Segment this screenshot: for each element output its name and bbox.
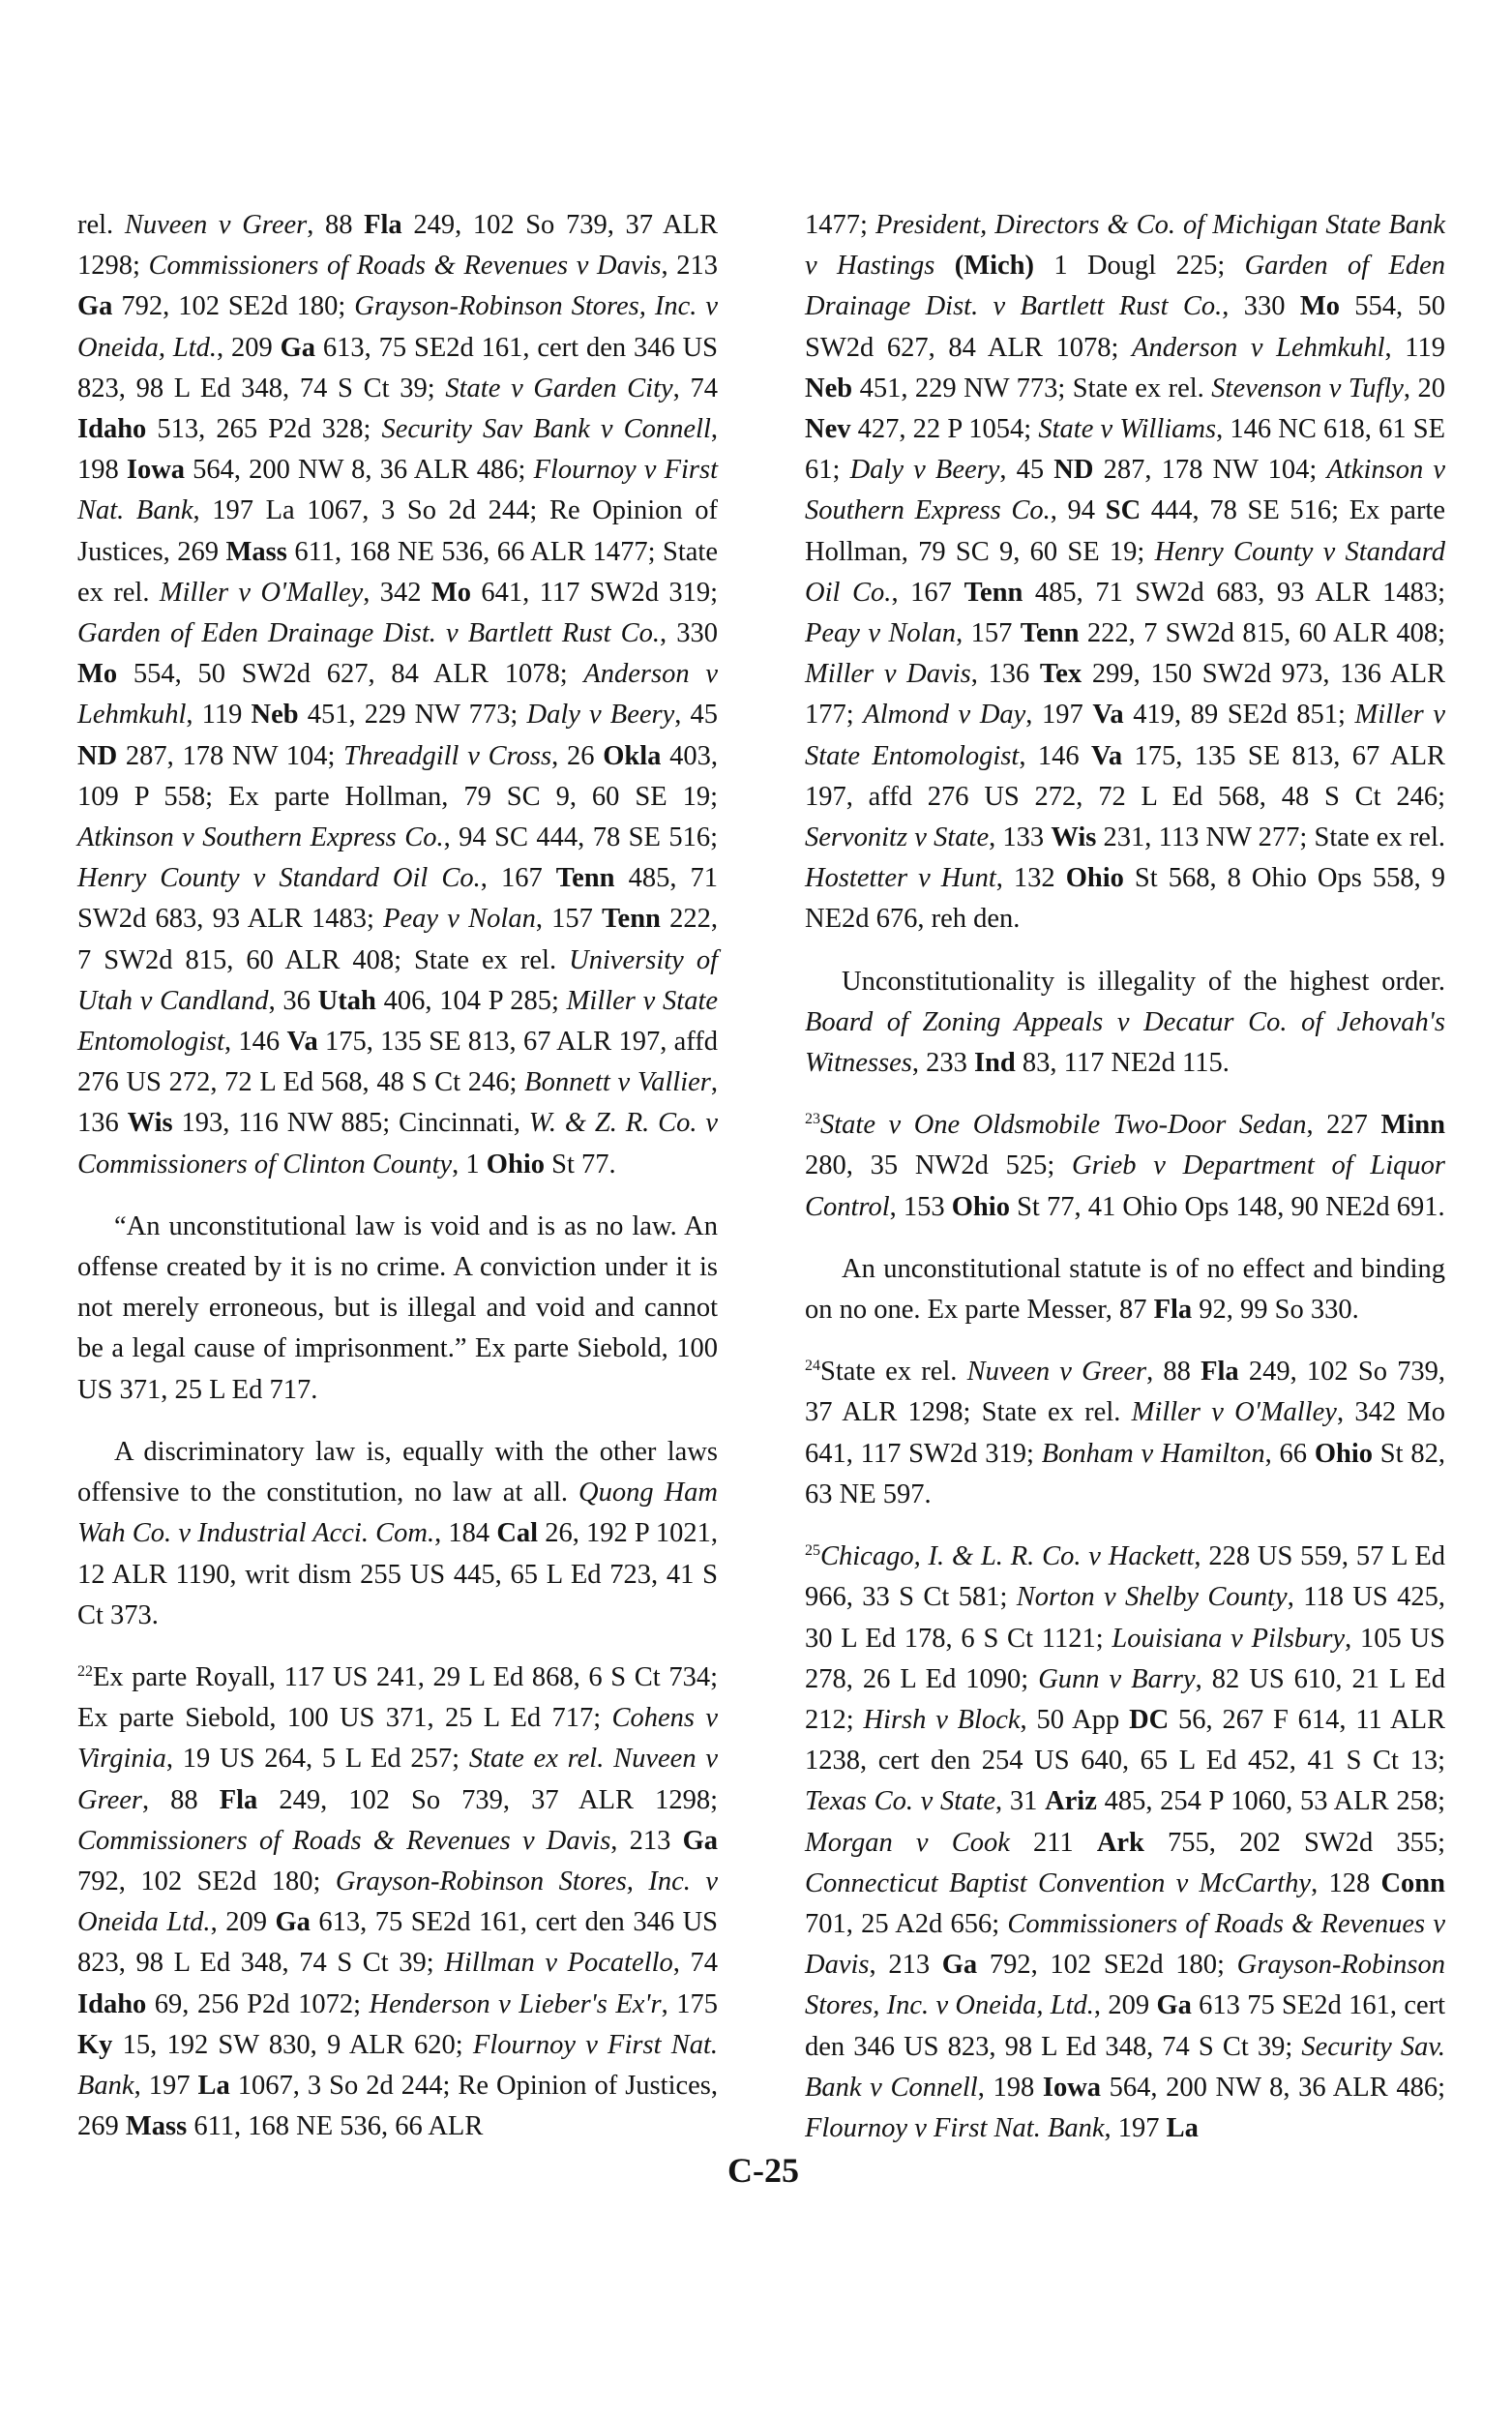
text-run: , 213 — [870, 1950, 942, 1980]
text-run: 193, 116 NW 885; Cincinnati, — [173, 1108, 529, 1138]
reporter-abbrev: DC — [1129, 1705, 1169, 1735]
case-name: Daly v Beery — [526, 700, 674, 730]
reporter-abbrev: Tex — [1040, 659, 1082, 689]
text-run: 564, 200 NW 8, 36 ALR 486; — [1101, 2073, 1445, 2103]
case-name: Stevenson v Tufly — [1211, 373, 1404, 403]
text-run: , 330 — [660, 618, 718, 648]
reporter-abbrev: Mo — [1300, 291, 1340, 321]
reporter-abbrev: Fla — [220, 1785, 258, 1815]
reporter-abbrev: Ark — [1097, 1828, 1144, 1858]
text-run: 792, 102 SE2d 180; — [77, 1867, 336, 1896]
case-name: Almond v Day — [863, 700, 1025, 730]
reporter-abbrev: Ohio — [1066, 863, 1124, 893]
text-run: , 209 — [211, 1907, 276, 1937]
reporter-abbrev: Ind — [974, 1048, 1016, 1078]
case-name: Daly v Beery — [850, 455, 1000, 485]
case-name: Miller v O'Malley — [160, 578, 363, 608]
text-run: , 66 — [1265, 1439, 1315, 1469]
text-run: 249, 102 So 739, 37 ALR 1298; — [257, 1785, 718, 1815]
footnote: 23State v One Oldsmobile Two-Door Sedan,… — [805, 1105, 1445, 1228]
text-run: 485, 71 SW2d 683, 93 ALR 1483; — [1023, 578, 1445, 608]
reporter-abbrev: Ohio — [1315, 1439, 1373, 1469]
reporter-abbrev: Idaho — [77, 414, 146, 444]
case-name: Nuveen v Greer — [967, 1357, 1146, 1387]
case-name: Servonitz v State — [805, 822, 989, 852]
right-column: 1477; President, Directors & Co. of Mich… — [805, 205, 1445, 2170]
text-run: , 233 — [912, 1048, 974, 1078]
text-run: , 197 — [1025, 700, 1092, 730]
text-run: , 88 — [307, 210, 364, 240]
text-run: , 74 — [673, 1948, 718, 1978]
reporter-abbrev: La — [1167, 2113, 1199, 2143]
case-name: Miller v Davis — [805, 659, 971, 689]
reporter-abbrev: Tenn — [1021, 618, 1080, 648]
reporter-abbrev: Conn — [1380, 1868, 1445, 1898]
text-run: 83, 117 NE2d 115. — [1016, 1048, 1230, 1078]
case-name: Henry County v Standard Oil Co. — [77, 863, 481, 893]
text-run: “An unconstitutional law is void and is … — [77, 1211, 718, 1405]
reporter-abbrev: Ga — [683, 1826, 718, 1856]
text-run: , 19 US 264, 5 L Ed 257; — [166, 1744, 469, 1774]
text-run: , 157 — [536, 904, 602, 934]
text-run: , 132 — [996, 863, 1066, 893]
footnote: 25Chicago, I. & L. R. Co. v Hackett, 228… — [805, 1537, 1445, 2149]
reporter-abbrev: Va — [1091, 741, 1122, 771]
text-run: rel. — [77, 210, 125, 240]
reporter-abbrev: Iowa — [127, 455, 185, 485]
text-run: 755, 202 SW2d 355; — [1144, 1828, 1445, 1858]
text-run: , 198 — [978, 2073, 1043, 2103]
text-run: 406, 104 P 285; — [376, 986, 567, 1016]
text-run: , 36 — [269, 986, 318, 1016]
text-run: , 153 — [890, 1192, 952, 1222]
reporter-abbrev: Cal — [496, 1518, 538, 1548]
text-run: , 74 — [673, 373, 718, 403]
case-name: Miller v O'Malley — [1132, 1397, 1337, 1427]
body-paragraph: A discriminatory law is, equally with th… — [77, 1432, 718, 1636]
case-name: State v One Oldsmobile Two-Door Sedan — [820, 1110, 1307, 1140]
footnote-number: 24 — [805, 1358, 820, 1374]
case-name: Threadgill v Cross — [343, 741, 551, 771]
text-run: 287, 178 NW 104; — [1093, 455, 1326, 485]
text-run: 611, 168 NE 536, 66 ALR — [187, 2111, 483, 2141]
reporter-abbrev: Iowa — [1043, 2073, 1101, 2103]
text-run: St 77. — [545, 1150, 616, 1180]
text-run: , 1 — [452, 1150, 487, 1180]
text-run: 222, 7 SW2d 815, 60 ALR 408; — [1079, 618, 1445, 648]
text-run: , 157 — [956, 618, 1021, 648]
footnote: 24State ex rel. Nuveen v Greer, 88 Fla 2… — [805, 1352, 1445, 1515]
text-run: , 197 — [134, 2071, 198, 2101]
case-name: Atkinson v Southern Express Co. — [77, 822, 444, 852]
case-name: Security Sav Bank v Connell — [381, 414, 710, 444]
reporter-abbrev: ND — [1053, 455, 1093, 485]
reporter-abbrev: Fla — [364, 210, 402, 240]
text-run: , 119 — [1385, 333, 1445, 363]
text-run: , 119 — [186, 700, 251, 730]
case-name: Hillman v Pocatello — [444, 1948, 672, 1978]
text-run: 451, 229 NW 773; State ex rel. — [852, 373, 1211, 403]
case-name: Texas Co. v State — [805, 1786, 995, 1816]
text-run: 427, 22 P 1054; — [850, 414, 1038, 444]
text-run: , 209 — [217, 333, 281, 363]
text-run: , 94 — [1051, 495, 1106, 525]
text-run: , 167 — [891, 578, 964, 608]
reporter-abbrev: Nev — [805, 414, 850, 444]
footnote-number: 22 — [77, 1663, 93, 1680]
text-run: 231, 113 NW 277; State ex rel. — [1096, 822, 1445, 852]
reporter-abbrev: Idaho — [77, 1989, 146, 2019]
reporter-abbrev: ND — [77, 741, 117, 771]
case-name: Commissioners of Roads & Revenues v Davi… — [149, 251, 662, 281]
footnote-number: 23 — [805, 1111, 820, 1127]
text-run: , 197 — [1105, 2113, 1167, 2143]
case-name: Louisiana v Pilsbury — [1112, 1624, 1345, 1654]
case-name: Flournoy v First Nat. Bank — [805, 2113, 1105, 2143]
reporter-abbrev: Minn — [1380, 1110, 1445, 1140]
case-name: Morgan v Cook — [805, 1828, 1010, 1858]
case-name: Nuveen v Greer — [125, 210, 307, 240]
text-run: , 146 — [1019, 741, 1091, 771]
reporter-abbrev: Wis — [1051, 822, 1096, 852]
document-page: rel. Nuveen v Greer, 88 Fla 249, 102 So … — [0, 0, 1512, 2419]
text-run: , 133 — [989, 822, 1051, 852]
text-run: Unconstitutionality is illegality of the… — [842, 967, 1445, 997]
text-run: , 50 App — [1021, 1705, 1130, 1735]
text-run: , 342 — [363, 578, 431, 608]
case-name: Bonnett v Vallier — [524, 1067, 711, 1097]
text-run: , 184 — [434, 1518, 496, 1548]
reporter-abbrev: Fla — [1154, 1295, 1193, 1325]
text-run: , 128 — [1311, 1868, 1380, 1898]
reporter-abbrev: Mass — [126, 2111, 187, 2141]
citation-paragraph: rel. Nuveen v Greer, 88 Fla 249, 102 So … — [77, 205, 718, 1185]
case-name: Norton v Shelby County — [1017, 1582, 1288, 1612]
text-run: 792, 102 SE2d 180; — [977, 1950, 1237, 1980]
text-run: 211 — [1010, 1828, 1097, 1858]
text-run: 287, 178 NW 104; — [117, 741, 343, 771]
text-run: 69, 256 P2d 1072; — [146, 1989, 369, 2019]
text-run: 564, 200 NW 8, 36 ALR 486; — [185, 455, 534, 485]
case-name: Bonham v Hamilton — [1042, 1439, 1265, 1469]
reporter-abbrev: Ga — [942, 1950, 977, 1980]
reporter-abbrev: Okla — [603, 741, 661, 771]
case-name: Peay v Nolan — [805, 618, 956, 648]
text-run: 554, 50 SW2d 627, 84 ALR 1078; — [117, 659, 583, 689]
text-run: 485, 254 P 1060, 53 ALR 258; — [1097, 1786, 1445, 1816]
left-column: rel. Nuveen v Greer, 88 Fla 249, 102 So … — [77, 205, 718, 2168]
text-run: , 20 — [1404, 373, 1445, 403]
text-run: , 167 — [481, 863, 556, 893]
reporter-abbrev: Tenn — [556, 863, 615, 893]
reporter-abbrev: Ga — [77, 291, 112, 321]
text-run — [934, 251, 954, 281]
reporter-abbrev: SC — [1106, 495, 1141, 525]
case-name: Connecticut Baptist Convention v McCarth… — [805, 1868, 1311, 1898]
text-run: State ex rel. — [820, 1357, 967, 1387]
text-run: 1477; — [805, 210, 875, 240]
text-run: , 94 SC 444, 78 SE 516; — [444, 822, 718, 852]
text-run: 451, 229 NW 773; — [299, 700, 527, 730]
reporter-abbrev: Neb — [805, 373, 852, 403]
text-run: 15, 192 SW 830, 9 ALR 620; — [112, 2030, 473, 2060]
case-name: Anderson v Lehmkuhl — [1132, 333, 1385, 363]
text-run: , 175 — [662, 1989, 718, 2019]
reporter-abbrev: Mo — [431, 578, 471, 608]
text-run: , 146 — [224, 1027, 286, 1057]
text-run: , 213 — [610, 1826, 682, 1856]
text-run: , 213 — [661, 251, 718, 281]
footnote-number: 25 — [805, 1542, 820, 1559]
text-run: 419, 89 SE2d 851; — [1124, 700, 1355, 730]
text-run: , 209 — [1094, 1990, 1157, 2020]
citation-paragraph: 1477; President, Directors & Co. of Mich… — [805, 205, 1445, 941]
body-paragraph: Unconstitutionality is illegality of the… — [805, 962, 1445, 1085]
case-name: Peay v Nolan — [383, 904, 536, 934]
reporter-abbrev: La — [197, 2071, 229, 2101]
case-name: Hirsh v Block — [863, 1705, 1020, 1735]
reporter-abbrev: Ky — [77, 2030, 112, 2060]
case-name: Gunn v Barry — [1038, 1664, 1195, 1694]
text-run: , 45 — [999, 455, 1053, 485]
text-run: 92, 99 So 330. — [1192, 1295, 1359, 1325]
case-name: Chicago, I. & L. R. Co. v Hackett — [820, 1541, 1194, 1571]
reporter-abbrev: Ga — [281, 333, 315, 363]
text-run: , 136 — [971, 659, 1040, 689]
body-paragraph: “An unconstitutional law is void and is … — [77, 1207, 718, 1411]
reporter-abbrev: Ohio — [487, 1150, 545, 1180]
footnote: 22Ex parte Royall, 117 US 241, 29 L Ed 8… — [77, 1657, 718, 2147]
body-paragraph: An unconstitutional statute is of no eff… — [805, 1249, 1445, 1330]
text-run: 792, 102 SE2d 180; — [112, 291, 354, 321]
text-run: , 26 — [551, 741, 603, 771]
case-name: Hostetter v Hunt — [805, 863, 996, 893]
reporter-abbrev: Tenn — [964, 578, 1023, 608]
reporter-abbrev: Ohio — [952, 1192, 1010, 1222]
case-name: Garden of Eden Drainage Dist. v Bartlett… — [77, 618, 660, 648]
text-run: St 77, 41 Ohio Ops 148, 90 NE2d 691. — [1010, 1192, 1445, 1222]
reporter-abbrev: Mass — [226, 537, 287, 567]
text-run: , 88 — [142, 1785, 220, 1815]
case-name: Henderson v Lieber's Ex'r — [370, 1989, 662, 2019]
reporter-abbrev: Ariz — [1045, 1786, 1097, 1816]
text-run: 1 Dougl 225; — [1034, 251, 1245, 281]
text-run: 513, 265 P2d 328; — [146, 414, 381, 444]
text-run: 641, 117 SW2d 319; — [471, 578, 718, 608]
text-run: , 31 — [995, 1786, 1045, 1816]
reporter-abbrev: Utah — [318, 986, 376, 1016]
text-run: 701, 25 A2d 656; — [805, 1909, 1007, 1939]
text-run: , 330 — [1222, 291, 1300, 321]
page-number: C-25 — [727, 2150, 799, 2191]
reporter-abbrev: Neb — [251, 700, 298, 730]
text-run: , 227 — [1307, 1110, 1381, 1140]
case-name: State v Garden City — [445, 373, 672, 403]
case-name: Commissioners of Roads & Revenues v Davi… — [77, 1826, 610, 1856]
reporter-abbrev: Wis — [128, 1108, 173, 1138]
reporter-abbrev: Tenn — [602, 904, 661, 934]
reporter-abbrev: Ga — [275, 1907, 310, 1937]
reporter-abbrev: (Mich) — [955, 251, 1034, 281]
reporter-abbrev: Fla — [1201, 1357, 1239, 1387]
text-run: , 88 — [1146, 1357, 1201, 1387]
reporter-abbrev: Mo — [77, 659, 117, 689]
reporter-abbrev: Va — [1092, 700, 1123, 730]
reporter-abbrev: Ga — [1156, 1990, 1191, 2020]
reporter-abbrev: Va — [286, 1027, 317, 1057]
text-run: 280, 35 NW2d 525; — [805, 1150, 1072, 1180]
case-name: State v Williams — [1038, 414, 1216, 444]
text-run: , 45 — [674, 700, 718, 730]
